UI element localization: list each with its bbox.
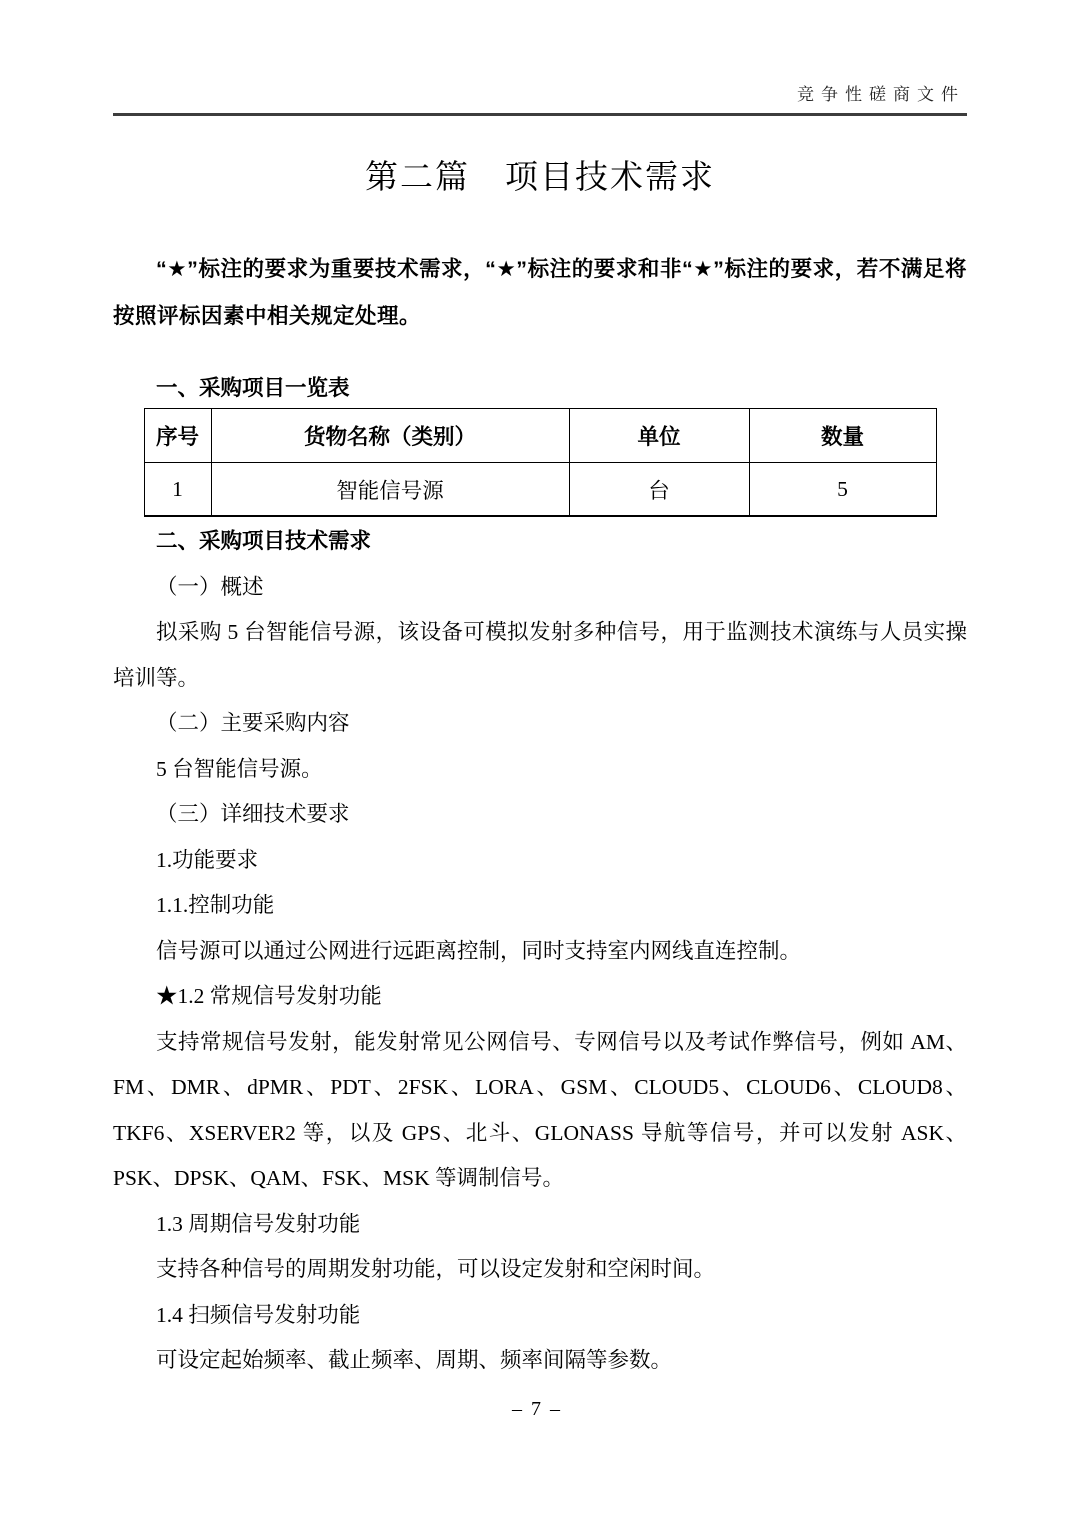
para-periodic-signal-body: 支持各种信号的周期发射功能，可以设定发射和空闲时间。 <box>113 1247 967 1293</box>
para-control-function-body: 信号源可以通过公网进行远距离控制，同时支持室内网线直连控制。 <box>113 929 967 975</box>
para-periodic-signal-label: 1.3 周期信号发射功能 <box>113 1202 967 1248</box>
doc-content: 第二篇 项目技术需求 “★”标注的要求为重要技术需求，“★”标注的要求和非“★”… <box>113 158 967 1384</box>
col-header-index: 序号 <box>144 409 211 463</box>
doc-header-label: 竞争性磋商文件 <box>797 85 965 104</box>
table-row: 1 智能信号源 台 5 <box>144 463 936 517</box>
para-overview-body: 拟采购 5 台智能信号源，该设备可模拟发射多种信号，用于监测技术演练与人员实操培… <box>113 610 967 701</box>
para-main-content-body: 5 台智能信号源。 <box>113 747 967 793</box>
page-title: 第二篇 项目技术需求 <box>113 158 967 198</box>
page-number: – 7 – <box>0 1398 1074 1421</box>
para-sweep-signal-label: 1.4 扫频信号发射功能 <box>113 1293 967 1339</box>
para-overview-label: （一）概述 <box>113 565 967 611</box>
para-sweep-signal-body: 可设定起始频率、截止频率、周期、频率间隔等参数。 <box>113 1338 967 1384</box>
col-header-goods-name: 货物名称（类别） <box>211 409 569 463</box>
para-main-content-label: （二）主要采购内容 <box>113 701 967 747</box>
col-header-unit: 单位 <box>569 409 749 463</box>
para-regular-signal-body: 支持常规信号发射，能发射常见公网信号、专网信号以及考试作弊信号，例如 AM、FM… <box>113 1020 967 1202</box>
para-control-function-label: 1.1.控制功能 <box>113 883 967 929</box>
section-2-heading: 二、采购项目技术需求 <box>113 519 967 565</box>
cell-unit: 台 <box>569 463 749 517</box>
cell-goods-name: 智能信号源 <box>211 463 569 517</box>
document-page: 竞争性磋商文件 第二篇 项目技术需求 “★”标注的要求为重要技术需求，“★”标注… <box>0 0 1074 1520</box>
table-header-row: 序号 货物名称（类别） 单位 数量 <box>144 409 936 463</box>
important-notice: “★”标注的要求为重要技术需求，“★”标注的要求和非“★”标注的要求，若不满足将… <box>113 246 967 340</box>
cell-quantity: 5 <box>749 463 936 517</box>
para-detailed-requirements-label: （三）详细技术要求 <box>113 792 967 838</box>
cell-index: 1 <box>144 463 211 517</box>
section-1-heading: 一、采购项目一览表 <box>113 368 967 408</box>
doc-header: 竞争性磋商文件 <box>113 0 967 116</box>
procurement-items-table: 序号 货物名称（类别） 单位 数量 1 智能信号源 台 5 <box>144 408 937 517</box>
para-functional-requirements: 1.功能要求 <box>113 838 967 884</box>
col-header-quantity: 数量 <box>749 409 936 463</box>
para-regular-signal-label: ★1.2 常规信号发射功能 <box>113 974 967 1020</box>
